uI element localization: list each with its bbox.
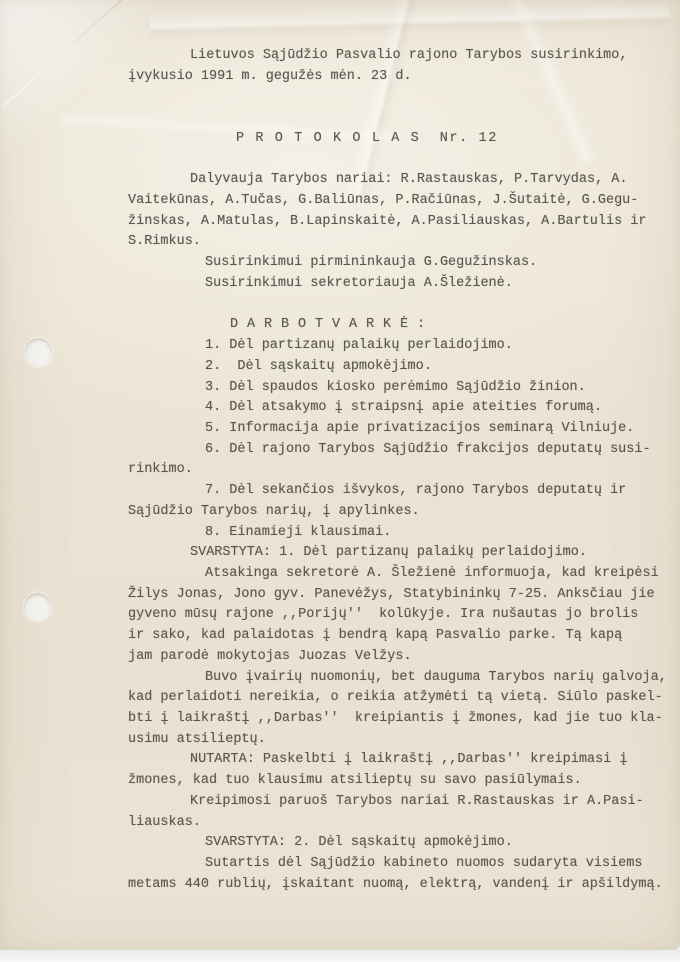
typed-line bbox=[128, 150, 680, 171]
typed-line: Sutartis dėl Sąjūdžio kabineto nuomos su… bbox=[128, 854, 680, 875]
typed-line: NUTARTA: Paskelbti į laikraštį ,,Darbas'… bbox=[128, 750, 680, 771]
typed-line: Susirinkimui pirmininkauja G.Gegužinskas… bbox=[128, 253, 680, 274]
typed-text: Lietuvos Sąjūdžio Pasvalio rajono Tarybo… bbox=[128, 46, 680, 895]
paper-crease bbox=[150, 2, 670, 40]
typed-line: kad perlaidoti nereikia, o reikia atžymė… bbox=[128, 688, 680, 709]
typed-line: žmones, kad tuo klausimu atsilieptų su s… bbox=[128, 771, 680, 792]
typed-line: 4. Dėl atsakymo į straipsnį apie ateitie… bbox=[128, 398, 680, 419]
typed-line: 7. Dėl sekančios išvykos, rajono Tarybos… bbox=[128, 481, 680, 502]
typed-line: jam parodė mokytojas Juozas Velžys. bbox=[128, 647, 680, 668]
typed-line bbox=[128, 108, 680, 129]
typed-line: gyveno mūsų rajone ,,Porijų'' kolūkyje. … bbox=[128, 605, 680, 626]
typed-line: 2. Dėl sąskaitų apmokėjimo. bbox=[128, 357, 680, 378]
typed-line: SVARSTYTA: 1. Dėl partizanų palaikų perl… bbox=[128, 543, 680, 564]
typed-line: Sąjūdžio Tarybos narių, į apylinkes. bbox=[128, 502, 680, 523]
typed-line bbox=[128, 295, 680, 316]
typed-line: Vaitekūnas, A.Tučas, G.Baliūnas, P.Račiū… bbox=[128, 191, 680, 212]
typed-line: metams 440 rublių, įskaitant nuomą, elek… bbox=[128, 875, 680, 896]
typed-line: Buvo įvairių nuomonių, bet dauguma Taryb… bbox=[128, 668, 680, 689]
typed-line: bti į laikraštį ,,Darbas'' kreipiantis į… bbox=[128, 709, 680, 730]
document-page: Lietuvos Sąjūdžio Pasvalio rajono Tarybo… bbox=[0, 0, 680, 950]
typed-line: SVARSTYTA: 2. Dėl sąskaitų apmokėjimo. bbox=[128, 833, 680, 854]
typed-line: ir sako, kad palaidotas į bendrą kapą Pa… bbox=[128, 626, 680, 647]
typed-line: usimu atsilieptų. bbox=[128, 730, 680, 751]
typed-line: įvykusio 1991 m. gegužės mėn. 23 d. bbox=[128, 67, 680, 88]
typed-line: Žilys Jonas, Jono gyv. Panevėžys, Statyb… bbox=[128, 585, 680, 606]
typed-line: Atsakinga sekretorė A. Šležienė informuo… bbox=[128, 564, 680, 585]
typed-line: 6. Dėl rajono Tarybos Sąjūdžio frakcijos… bbox=[128, 440, 680, 461]
typed-line: Lietuvos Sąjūdžio Pasvalio rajono Tarybo… bbox=[128, 46, 680, 67]
typed-line: 1. Dėl partizanų palaikų perlaidojimo. bbox=[128, 336, 680, 357]
typed-line: liauskas. bbox=[128, 813, 680, 834]
scanner-background: Lietuvos Sąjūdžio Pasvalio rajono Tarybo… bbox=[0, 0, 680, 962]
typed-line: 5. Informacija apie privatizacijos semin… bbox=[128, 419, 680, 440]
typed-line: Kreipimosi paruoš Tarybos nariai R.Rasta… bbox=[128, 792, 680, 813]
typed-line: Dalyvauja Tarybos nariai: R.Rastauskas, … bbox=[128, 170, 680, 191]
typed-line bbox=[128, 87, 680, 108]
document-title: P R O T O K O L A S Nr. 12 bbox=[128, 129, 680, 150]
hole-punch-bottom bbox=[24, 593, 51, 620]
typed-line: D A R B O T V A R K Ė : bbox=[128, 315, 680, 336]
typed-line: 3. Dėl spaudos kiosko perėmimo Sąjūdžio … bbox=[128, 378, 680, 399]
typed-line: S.Rimkus. bbox=[128, 232, 680, 253]
typed-line: žinskas, A.Matulas, B.Lapinskaitė, A.Pas… bbox=[128, 212, 680, 233]
typed-line: Susirinkimui sekretoriauja A.Šležienė. bbox=[128, 274, 680, 295]
hole-punch-top bbox=[25, 338, 52, 365]
fold-line bbox=[3, 0, 131, 107]
typed-line: 8. Einamieji klausimai. bbox=[128, 523, 680, 544]
scanner-bed-strip bbox=[0, 950, 680, 962]
typed-line: rinkimo. bbox=[128, 460, 680, 481]
